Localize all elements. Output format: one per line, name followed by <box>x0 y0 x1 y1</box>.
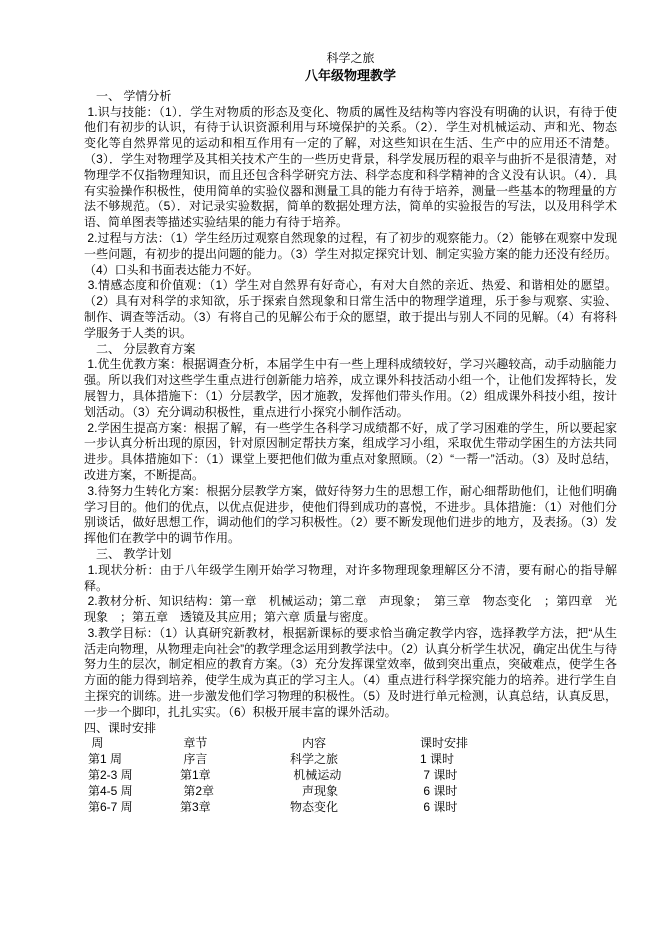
table-cell-week: 第6-7 周 <box>88 800 180 816</box>
paragraph: 1.现状分析：由于八年级学生刚开始学习物理，对许多物理现象理解区分不清，要有耐心… <box>84 563 617 595</box>
table-cell-content: 机械运动 <box>290 768 420 784</box>
table-cell-chapter: 第1章 <box>180 768 290 784</box>
table-cell-hours: 6 课时 <box>420 784 617 800</box>
document-page: 科学之旅 八年级物理教学 一、 学情分析 1.识与技能：（1）．学生对物质的形态… <box>0 0 661 935</box>
paragraph: 2.学困生提高方案：根据了解，有一些学生各科学习成绩都不好，成了学习困难的学生，… <box>84 421 617 484</box>
doc-subtitle: 八年级物理教学 <box>84 67 617 84</box>
paragraph: 2.过程与方法：（1）学生经历过观察自然现象的过程，有了初步的观察能力。（2）能… <box>84 231 617 278</box>
schedule-table: 周 章节 内容 课时安排 第1 周 序言 科学之旅 1 课时 第2-3 周 第1… <box>84 736 617 815</box>
table-cell-chapter: 第2章 <box>180 784 290 800</box>
table-cell-hours: 7 课时 <box>420 768 617 784</box>
table-cell-content: 声现象 <box>290 784 420 800</box>
table-cell-week: 第4-5 周 <box>88 784 180 800</box>
section-heading-2: 二、 分层教育方案 <box>84 342 617 358</box>
table-cell-week: 第2-3 周 <box>88 768 180 784</box>
table-cell-chapter: 序言 <box>180 752 290 768</box>
paragraph: 2.教材分析、知识结构：第一章 机械运动；第二章 声现象； 第三章 物态变化 ；… <box>84 594 617 626</box>
table-cell-hours: 6 课时 <box>420 800 617 816</box>
table-cell-week: 第1 周 <box>88 752 180 768</box>
paragraph: 1.识与技能：（1）．学生对物质的形态及变化、物质的属性及结构等内容没有明确的认… <box>84 105 617 231</box>
section-heading-1: 一、 学情分析 <box>84 89 617 105</box>
paragraph: 3.教学目标：（1）认真研究新教材，根据新课标的要求恰当确定教学内容，选择教学方… <box>84 626 617 721</box>
table-cell-chapter: 第3章 <box>180 800 290 816</box>
table-header-hours: 课时安排 <box>420 736 617 752</box>
table-header-week: 周 <box>88 736 180 752</box>
table-row: 第1 周 序言 科学之旅 1 课时 <box>88 752 617 768</box>
table-row: 第2-3 周 第1章 机械运动 7 课时 <box>88 768 617 784</box>
paragraph: 3.待努力生转化方案：根据分层教学方案，做好待努力生的思想工作，耐心细帮助他们，… <box>84 484 617 547</box>
table-row: 第4-5 周 第2章 声现象 6 课时 <box>88 784 617 800</box>
table-header-row: 周 章节 内容 课时安排 <box>88 736 617 752</box>
paragraph: 3.情感态度和价值观：（1）学生对自然界有好奇心，有对大自然的亲近、热爱、和谐相… <box>84 278 617 341</box>
paragraph: 1.优生优教方案：根据调查分析，本届学生中有一些上理科成绩较好，学习兴趣较高，动… <box>84 357 617 420</box>
table-cell-hours: 1 课时 <box>420 752 617 768</box>
table-header-content: 内容 <box>290 736 420 752</box>
table-cell-content: 物态变化 <box>290 800 420 816</box>
table-header-chapter: 章节 <box>180 736 290 752</box>
table-cell-content: 科学之旅 <box>290 752 420 768</box>
section-heading-3: 三、 教学计划 <box>84 547 617 563</box>
section-heading-4: 四、课时安排 <box>84 721 617 737</box>
doc-title: 科学之旅 <box>84 51 617 67</box>
table-row: 第6-7 周 第3章 物态变化 6 课时 <box>88 800 617 816</box>
